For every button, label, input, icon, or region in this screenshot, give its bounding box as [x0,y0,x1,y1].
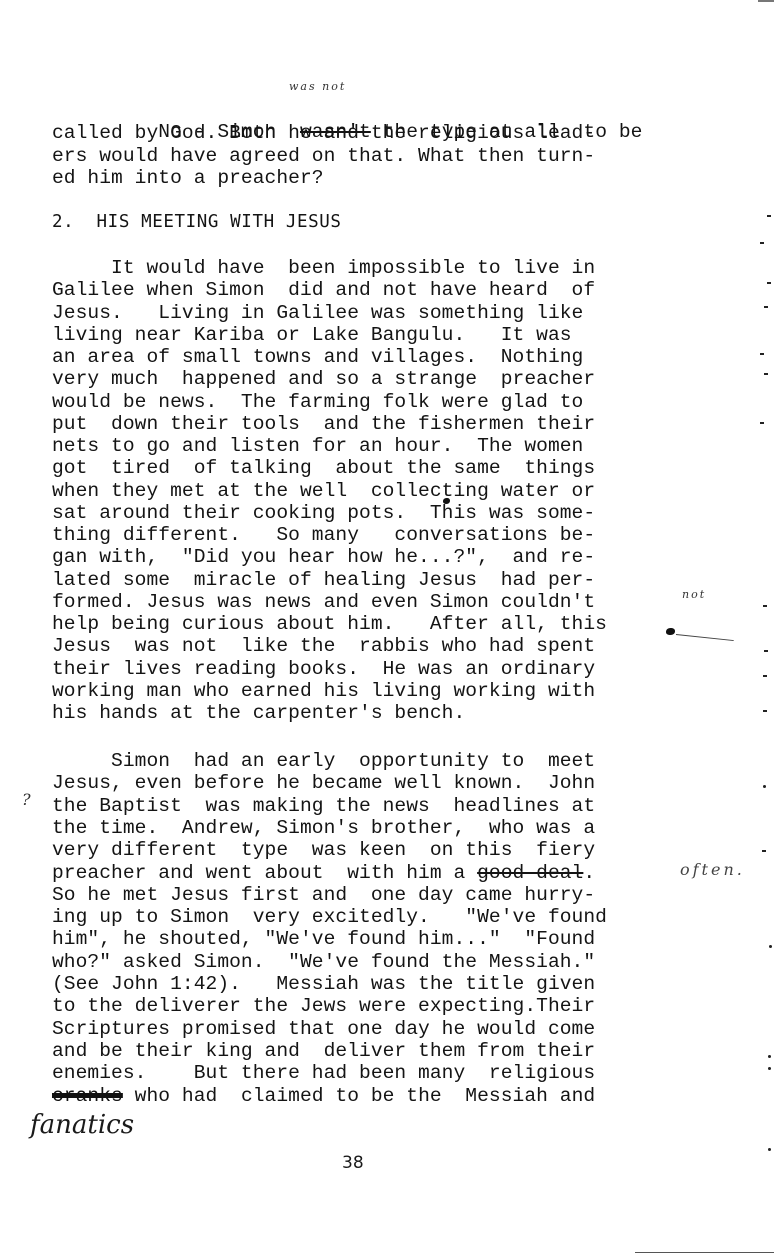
margin-speck [769,945,772,948]
ink-blot [666,628,675,635]
text-segment: preacher and went about with him a [52,862,477,884]
paragraph-1-line-4: ed him into a preacher? [52,167,324,189]
paragraph-3-line-12: to the deliverer the Jews were expecting… [52,995,595,1017]
margin-speck [768,1148,771,1151]
paragraph-3-line-4: the time. Andrew, Simon's brother, who w… [52,817,595,839]
margin-speck [767,282,771,284]
margin-speck [768,1055,771,1058]
margin-speck [763,710,767,712]
paragraph-3-line-11: (See John 1:42). Messiah was the title g… [52,973,595,995]
paragraph-2-line-20: working man who earned his living workin… [52,680,595,702]
struck-text: good deal [477,862,583,884]
margin-speck [760,242,764,244]
paragraph-2-line-17: help being curious about him. After all,… [52,613,607,635]
page-number: 38 [342,1153,364,1173]
paragraph-3-line-13: Scriptures promised that one day he woul… [52,1018,595,1040]
paragraph-2-line-15: lated some miracle of healing Jesus had … [52,569,595,591]
paragraph-2-line-21: his hands at the carpenter's bench. [52,702,465,724]
margin-speck [764,306,768,308]
paragraph-2-line-6: very much happened and so a strange prea… [52,368,595,390]
margin-speck [767,215,771,217]
ink-blot-small [443,498,450,504]
paragraph-3-line-9: him", he shouted, "We've found him..." "… [52,928,595,950]
handwritten-correction-was-not: was not [289,80,346,93]
handwritten-correction-often: often. [680,860,745,879]
margin-speck [764,650,768,652]
paragraph-1-line-3: ers would have agreed on that. What then… [52,145,595,167]
paragraph-3-line-7: So he met Jesus first and one day came h… [52,884,595,906]
margin-query-mark: ? [22,790,33,809]
handwritten-correction-not: not [682,588,706,601]
paragraph-3-line-6: preacher and went about with him a good … [52,862,595,884]
paragraph-3-line-14: and be their king and deliver them from … [52,1040,595,1062]
paragraph-2-line-10: got tired of talking about the same thin… [52,457,595,479]
document-page: was not No - Simon wasn't the type at al… [0,0,774,1254]
scan-edge-mark [635,1252,774,1253]
pen-stroke [676,634,734,641]
paragraph-3-line-5: very different type was keen on this fie… [52,839,595,861]
paragraph-3-line-10: who?" asked Simon. "We've found the Mess… [52,951,595,973]
section-heading: 2. HIS MEETING WITH JESUS [52,211,342,233]
paragraph-2-line-5: an area of small towns and villages. Not… [52,346,583,368]
paragraph-2-line-2: Galilee when Simon did and not have hear… [52,279,595,301]
paragraph-2-line-4: living near Kariba or Lake Bangulu. It w… [52,324,572,346]
margin-speck [764,373,768,375]
paragraph-2-line-19: their lives reading books. He was an ord… [52,658,595,680]
paragraph-2-line-14: gan with, "Did you hear how he...?", and… [52,546,595,568]
paragraph-3-line-1: Simon had an early opportunity to meet [52,750,595,772]
paragraph-2-line-12: sat around their cooking pots. This was … [52,502,595,524]
paragraph-2-line-13: thing different. So many conversations b… [52,524,595,546]
paragraph-3-line-15: enemies. But there had been many religio… [52,1062,595,1084]
paragraph-3-line-8: ing up to Simon very excitedly. "We've f… [52,906,607,928]
paragraph-2-line-7: would be news. The farming folk were gla… [52,391,583,413]
scan-edge-mark [758,0,774,2]
paragraph-2-line-9: nets to go and listen for an hour. The w… [52,435,583,457]
text-segment: who had claimed to be the Messiah and [123,1085,595,1107]
paragraph-2-line-8: put down their tools and the fishermen t… [52,413,595,435]
margin-speck [768,1067,771,1070]
paragraph-2-line-16: formed. Jesus was news and even Simon co… [52,591,595,613]
margin-speck [763,605,767,607]
paragraph-2-line-18: Jesus was not like the rabbis who had sp… [52,635,595,657]
paragraph-1-line-2: called by God. Both he and the religious… [52,122,595,144]
margin-speck [763,785,766,788]
paragraph-2-line-3: Jesus. Living in Galilee was something l… [52,302,583,324]
paragraph-1-line-1: No - Simon wasn't the type at all to be [52,99,642,121]
margin-speck [760,353,764,355]
margin-speck [763,675,767,677]
paragraph-3-line-3: the Baptist was making the news headline… [52,795,595,817]
paragraph-3-line-16: cranks who had claimed to be the Messiah… [52,1085,595,1107]
paragraph-2-line-11: when they met at the well collecting wat… [52,480,595,502]
text-segment: . [583,862,595,884]
struck-text: cranks [52,1085,123,1107]
paragraph-2-line-1: It would have been impossible to live in [52,257,595,279]
handwritten-correction-fanatics: fanatics [30,1110,134,1140]
margin-speck [760,422,764,424]
paragraph-3-line-2: Jesus, even before he became well known.… [52,772,595,794]
margin-speck [762,850,766,852]
